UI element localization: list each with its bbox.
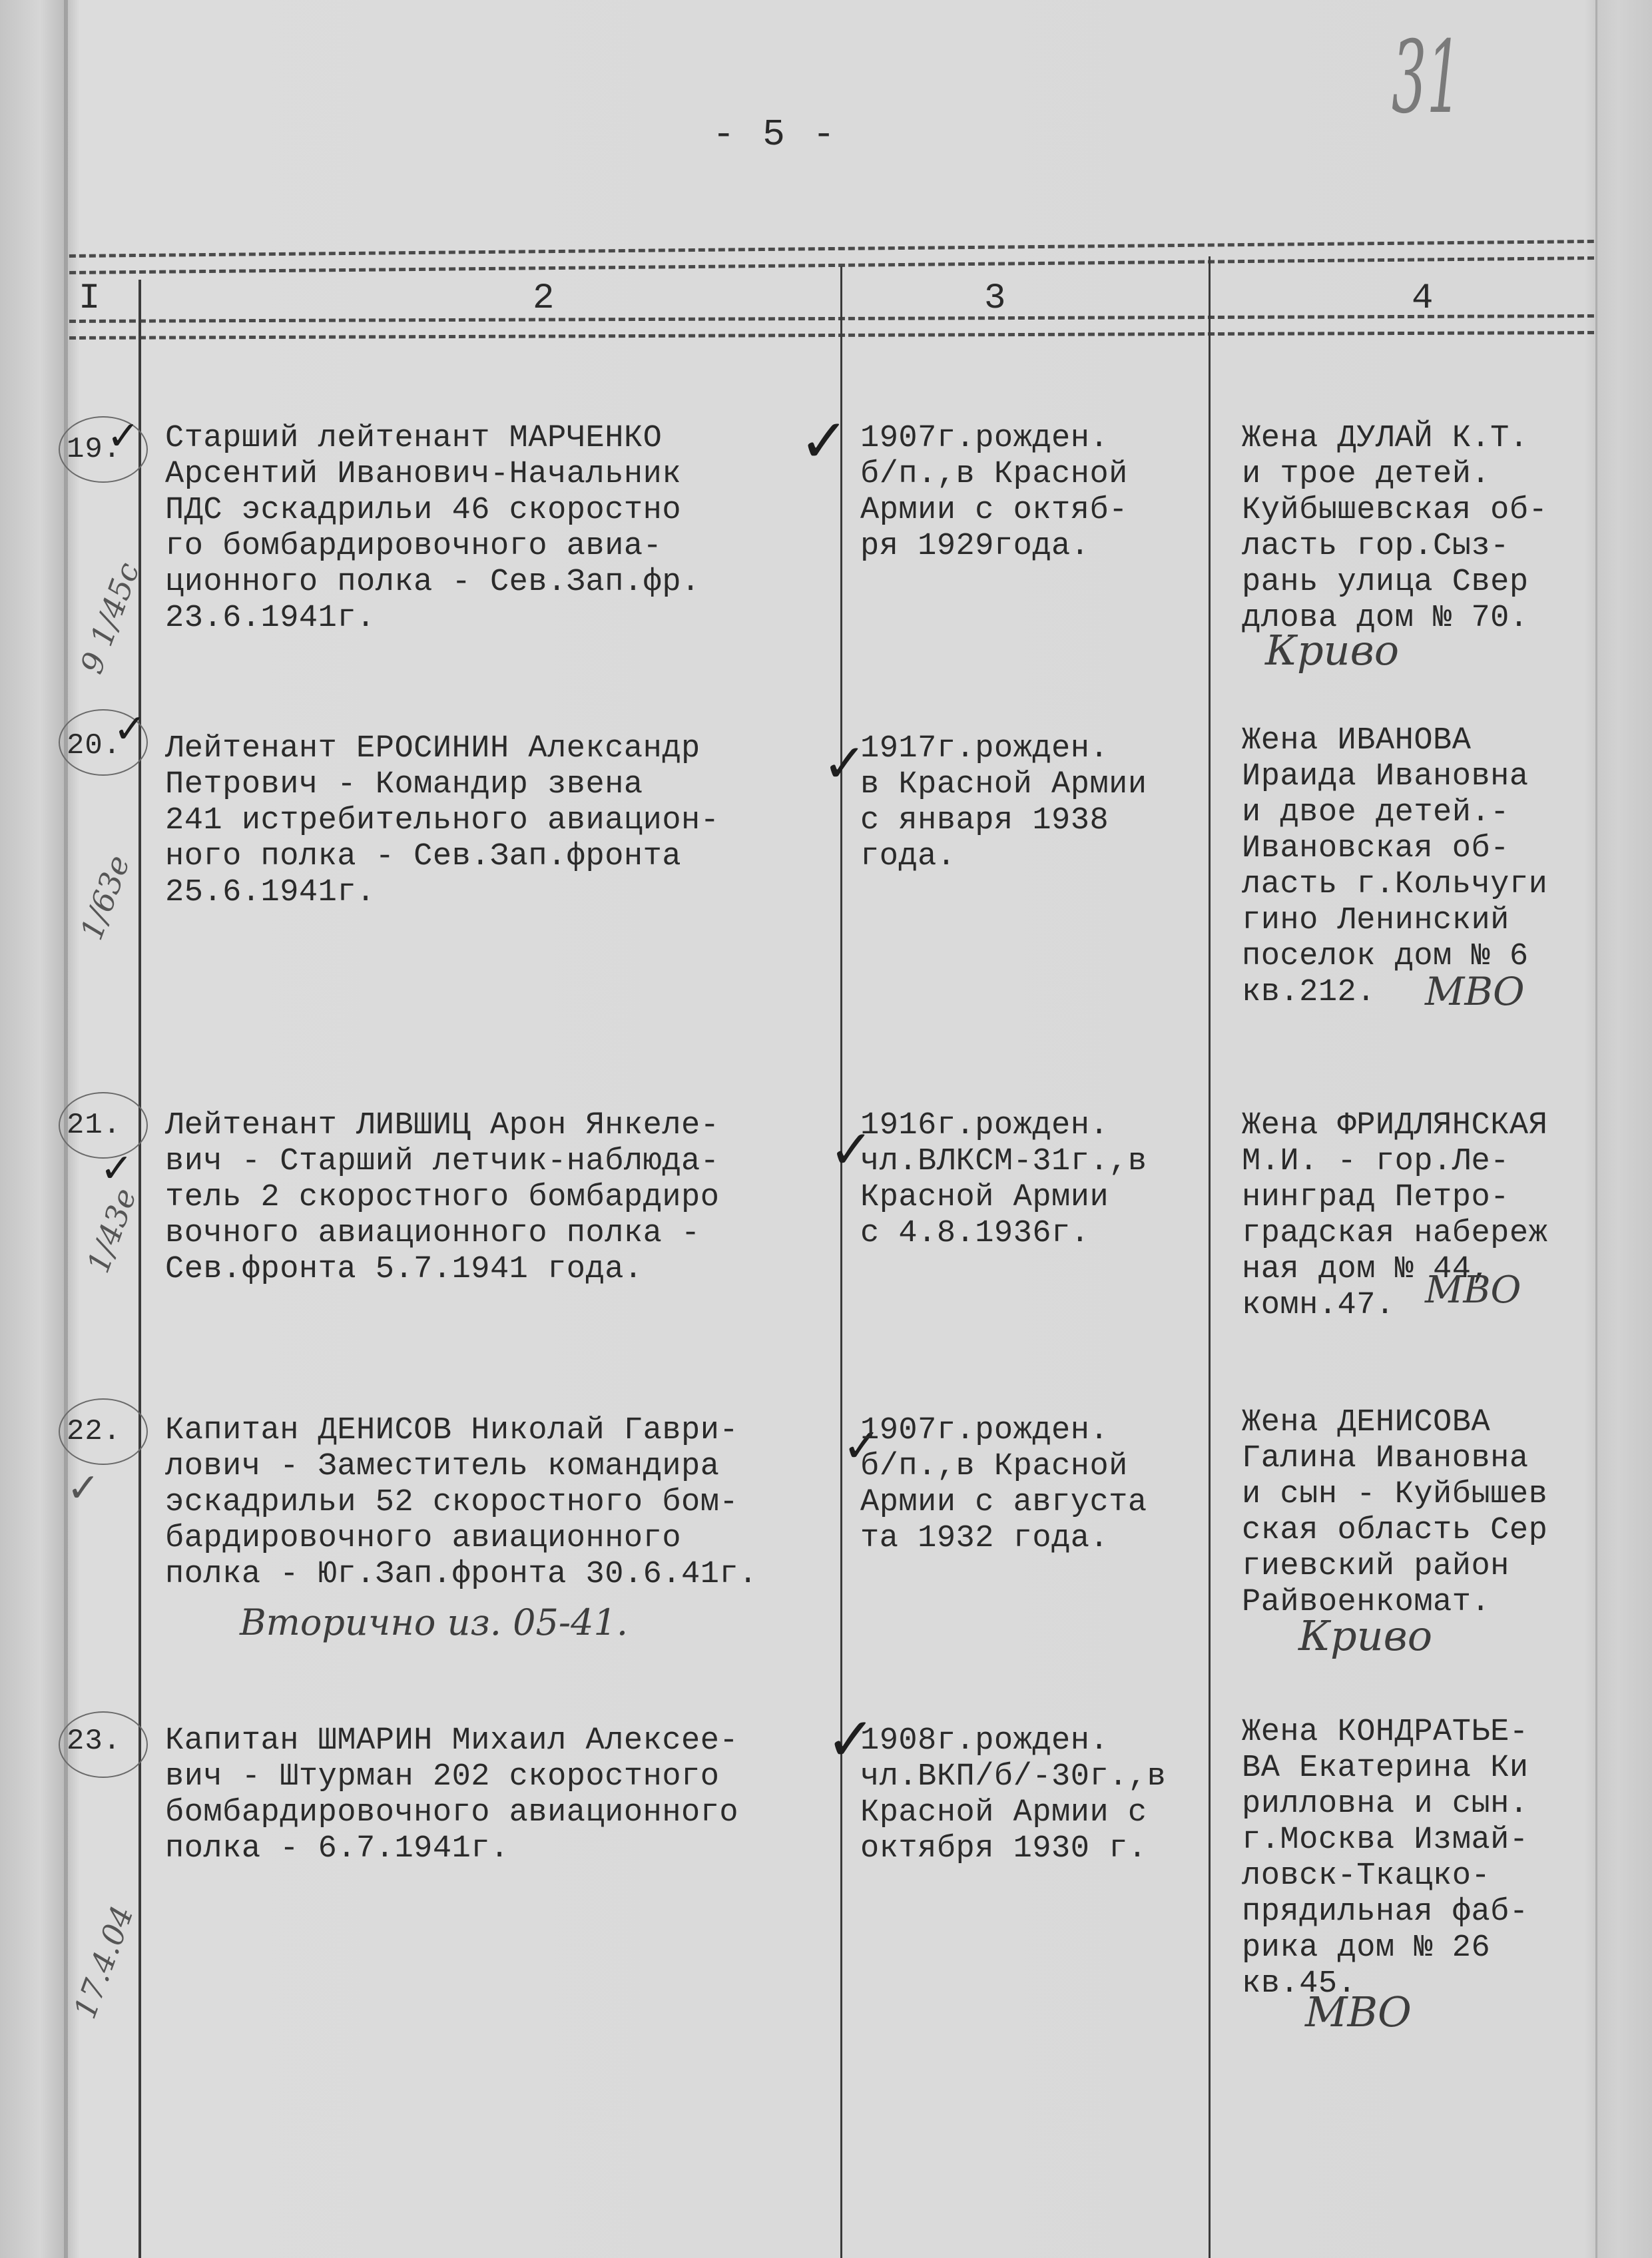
margin-note: 1/63е <box>73 850 137 944</box>
service-record: Старший лейтенант МАРЧЕНКО Арсентий Иван… <box>165 421 700 637</box>
service-record: Лейтенант ЕРОСИНИН Александр Петрович - … <box>165 731 719 911</box>
column-header-3: 3 <box>984 278 1005 319</box>
handwritten-annotation: Криво <box>1265 626 1399 675</box>
column-divider-2 <box>840 266 842 2258</box>
column-header-1: I <box>79 278 100 319</box>
service-record: Капитан ДЕНИСОВ Николай Гаври- лович - З… <box>165 1413 758 1593</box>
margin-note: 1/43е <box>80 1183 143 1277</box>
service-record: Капитан ШМАРИН Михаил Алексее- вич - Шту… <box>165 1723 738 1867</box>
check-mark-icon: ✓ <box>67 1465 100 1512</box>
family-address: Жена ДЕНИСОВА Галина Ивановна и сын - Ку… <box>1242 1405 1547 1621</box>
column-divider-3 <box>1209 256 1211 2258</box>
row-number: 21. <box>67 1109 121 1142</box>
check-mark-icon: ✓ <box>100 1145 133 1192</box>
family-address: Жена КОНДРАТЬЕ- ВА Екатерина Ки рилловна… <box>1242 1715 1529 2002</box>
margin-note: 17.4.04 <box>67 1901 140 2023</box>
column-header-2: 2 <box>533 278 554 319</box>
row-number: 22. <box>67 1415 121 1448</box>
handwritten-annotation: Криво <box>1298 1611 1432 1660</box>
check-mark-icon: ✓ <box>113 706 146 752</box>
check-mark-icon: ✓ <box>107 413 140 459</box>
archival-document-page: - 5 - 31 I 2 3 4 19. ✓ 9 1/45с Старший л… <box>0 0 1652 2258</box>
table-top-rule <box>69 240 1594 274</box>
birth-party-record: 1907г.рожден. б/п.,в Красной Армии с авг… <box>860 1413 1147 1557</box>
column-header-4: 4 <box>1412 278 1433 319</box>
family-address: Жена ИВАНОВА Ираида Ивановна и двое дете… <box>1242 723 1547 1011</box>
row-number: 23. <box>67 1725 121 1758</box>
service-record: Лейтенант ЛИВШИЦ Арон Янкеле- вич - Стар… <box>165 1108 719 1288</box>
birth-party-record: 1917г.рожден. в Красной Армии с января 1… <box>860 731 1147 875</box>
handwritten-annotation: МВО <box>1425 1269 1521 1312</box>
page-number: - 5 - <box>712 113 838 156</box>
handwritten-service-note: Вторично из. 05-41. <box>240 1601 628 1643</box>
page-edge <box>1595 0 1597 2258</box>
family-address: Жена ДУЛАЙ К.Т. и трое детей. Куйбышевск… <box>1242 421 1547 637</box>
birth-party-record: 1907г.рожден. б/п.,в Красной Армии с окт… <box>860 421 1128 565</box>
folio-number-handwritten: 31 <box>1392 20 1462 136</box>
check-mark-icon: ✓ <box>799 406 849 476</box>
handwritten-annotation: МВО <box>1305 1988 1412 2036</box>
birth-party-record: 1916г.рожден. чл.ВЛКСМ-31г.,в Красной Ар… <box>860 1108 1147 1252</box>
handwritten-annotation: МВО <box>1425 969 1525 1014</box>
table-header-rule <box>69 314 1594 340</box>
margin-note: 9 1/45с <box>73 557 146 678</box>
birth-party-record: 1908г.рожден. чл.ВКП/б/-30г.,в Красной А… <box>860 1723 1166 1867</box>
